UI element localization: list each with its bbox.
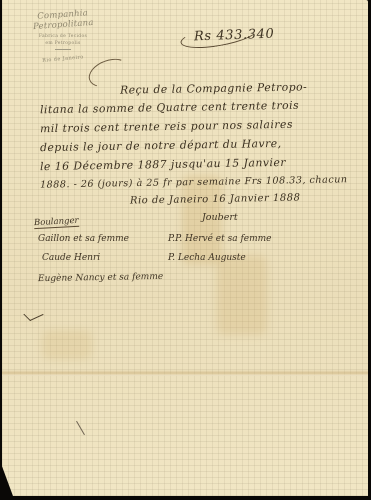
body-line-4: depuis le jour de notre départ du Havre, — [40, 137, 282, 154]
body-line-3: mil trois cent trente reis pour nos sala… — [40, 118, 293, 135]
signature-right-2: P. Lecha Auguste — [168, 253, 246, 263]
water-stain — [217, 255, 267, 335]
signature-left-2: Caude Henri — [42, 253, 100, 263]
signature-header-left: Boulanger — [34, 216, 79, 229]
signature-header-right: Joubert — [202, 212, 238, 223]
letterhead-line2: em Petropolis — [8, 41, 118, 46]
letterhead-rule — [55, 49, 71, 50]
signature-right-1: P.P. Hervé et sa femme — [168, 234, 272, 244]
check-mark-icon — [23, 308, 43, 321]
place-date-line: Rio de Janeiro 16 Janvier 1888 — [130, 193, 301, 207]
body-line-1: Reçu de la Compagnie Petropo- — [120, 80, 307, 96]
fold-line — [2, 370, 368, 376]
receipt-amount: Rs 433.340 — [194, 27, 275, 45]
body-line-2: litana la somme de Quatre cent trente tr… — [40, 99, 299, 117]
letterhead-company: Companhia Petropolitana — [7, 6, 118, 34]
letterhead: Companhia Petropolitana Fabrica de Tecid… — [8, 4, 118, 62]
signature-left-3: Eugène Nancy et sa femme — [38, 272, 163, 284]
document-page: Companhia Petropolitana Fabrica de Tecid… — [2, 0, 368, 496]
signature-left-1: Gaillon et sa femme — [38, 234, 129, 244]
letterhead-line1: Fabrica de Tecidos — [8, 34, 118, 39]
body-line-5: le 16 Décembre 1887 jusqu'au 15 Janvier — [40, 156, 286, 173]
pencil-mark — [76, 421, 85, 435]
water-stain — [42, 330, 92, 360]
faint-margin-writing — [0, 378, 58, 482]
